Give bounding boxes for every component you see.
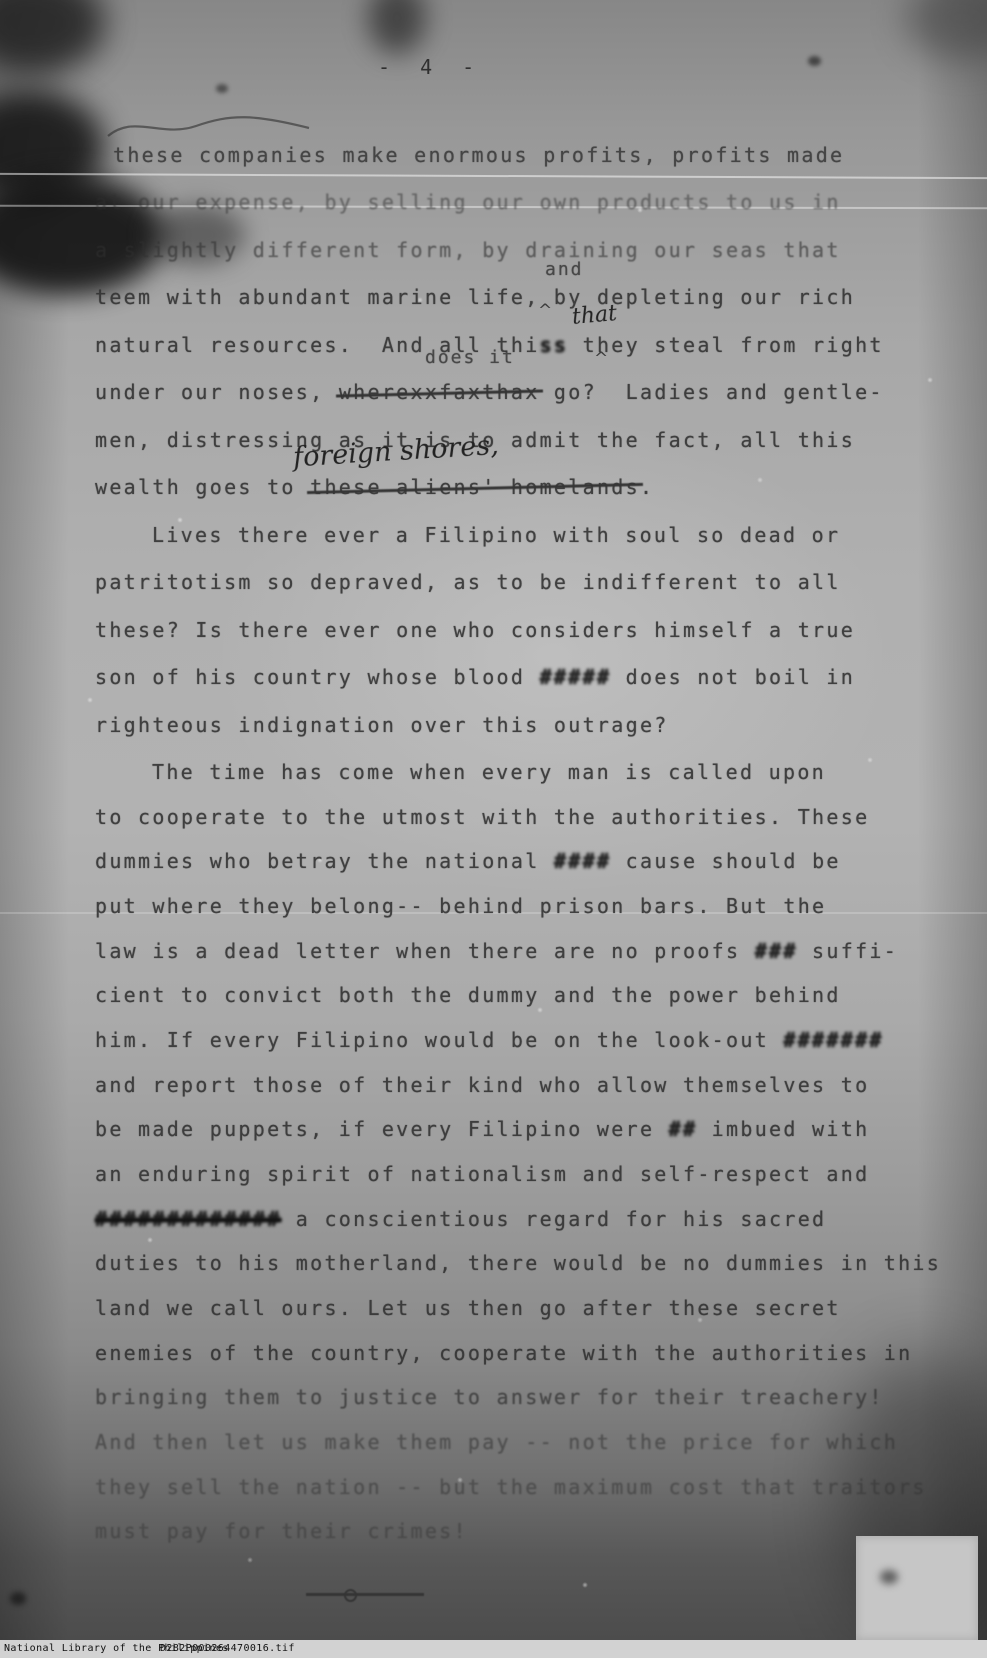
line-text: these companies make enormous profits, p… (113, 143, 844, 167)
line-text: enemies of the country, cooperate with t… (95, 1341, 912, 1365)
white-patch (856, 1536, 978, 1640)
text-line: at our expense, by selling our own produ… (95, 190, 841, 214)
footer-filename: D282P000264470016.tif (160, 1640, 295, 1658)
line-text: And then let us make them pay -- not the… (95, 1430, 898, 1454)
line-text: be made puppets, if every Filipino were (95, 1117, 669, 1141)
text-line: must pay for their crimes! (95, 1519, 468, 1543)
page-number: - 4 - (378, 55, 483, 79)
line-text: cient to convict both the dummy and the … (95, 983, 841, 1007)
text-line: under our noses, wherexxfaxthax go? Ladi… (95, 380, 884, 404)
text-line: righteous indignation over this outrage? (95, 713, 669, 737)
caret-mark: ^ (538, 301, 552, 321)
line-text: teem with abundant marine life, (95, 285, 540, 309)
line-text: go? Ladies and gentle- (540, 380, 884, 404)
typewriter-xout: #### (554, 849, 611, 873)
divider-line (306, 1593, 424, 1596)
line-text: a slightly different form, by draining o… (95, 238, 841, 262)
typewriter-xout: ##### (540, 665, 612, 689)
text-line: a slightly different form, by draining o… (95, 238, 841, 262)
document-page: - 4 - these companies make enormous prof… (0, 0, 987, 1658)
line-text: to cooperate to the utmost with the auth… (95, 805, 869, 829)
line-text: and report those of their kind who allow… (95, 1073, 869, 1097)
line-text: him. If every Filipino would be on the l… (95, 1028, 783, 1052)
text-line: teem with abundant marine life, by deple… (95, 285, 855, 309)
text-line: wealth goes to these aliens' homelands. (95, 475, 654, 499)
line-text: at our expense, by selling our own produ… (95, 190, 841, 214)
ink-blob (905, 0, 987, 60)
typewriter-xout: ss (540, 333, 569, 357)
text-line: him. If every Filipino would be on the l… (95, 1028, 884, 1052)
text-line: And then let us make them pay -- not the… (95, 1430, 898, 1454)
line-text: bringing them to justice to answer for t… (95, 1385, 884, 1409)
ink-blob (0, 0, 105, 75)
text-line: enemies of the country, cooperate with t… (95, 1341, 912, 1365)
line-text: The time has come when every man is call… (152, 760, 826, 784)
strikethrough-text: these aliens' homelands (310, 475, 640, 499)
ink-blob (368, 0, 426, 54)
line-text: must pay for their crimes! (95, 1519, 468, 1543)
line-text: imbued with (697, 1117, 869, 1141)
text-line: these? Is there ever one who considers h… (95, 618, 855, 642)
text-line: be made puppets, if every Filipino were … (95, 1117, 869, 1141)
footer-bar: National Library of the Philippines D282… (0, 1640, 987, 1658)
line-text: they sell the nation -- but the maximum … (95, 1475, 927, 1499)
text-line: Lives there ever a Filipino with soul so… (152, 523, 840, 547)
scanned-photo-background: - 4 - these companies make enormous prof… (0, 0, 987, 1640)
ink-blob (10, 1592, 26, 1605)
text-line: law is a dead letter when there are no p… (95, 939, 898, 963)
text-line: these companies make enormous profits, p… (113, 143, 844, 167)
divider-mark (306, 1591, 424, 1597)
handwritten-annotation: that (571, 301, 618, 330)
line-text: put where they belong-- behind prison ba… (95, 894, 826, 918)
patch-smudge (880, 1570, 898, 1584)
squiggle-mark (104, 110, 314, 144)
scribbled-out-text: ############# (95, 1207, 281, 1231)
scratch-line (0, 173, 987, 179)
text-line: The time has come when every man is call… (152, 760, 826, 784)
typewriter-xout: ### (755, 939, 798, 963)
text-line: dummies who betray the national #### cau… (95, 849, 841, 873)
line-text: son of his country whose blood (95, 665, 540, 689)
line-text: wealth goes to (95, 475, 310, 499)
line-text: Lives there ever a Filipino with soul so… (152, 523, 840, 547)
text-line: patritotism so depraved, as to be indiff… (95, 570, 841, 594)
line-text: patritotism so depraved, as to be indiff… (95, 570, 841, 594)
divider-circle (344, 1589, 357, 1602)
text-line: and report those of their kind who allow… (95, 1073, 869, 1097)
text-line: duties to his motherland, there would be… (95, 1251, 941, 1275)
line-text: duties to his motherland, there would be… (95, 1251, 941, 1275)
line-text: law is a dead letter when there are no p… (95, 939, 755, 963)
typewriter-xout: ## (669, 1117, 698, 1141)
typewriter-xout: ####### (783, 1028, 883, 1052)
typed-insertion: and (545, 259, 584, 280)
ink-blob (808, 56, 821, 66)
typed-insertion: does it (425, 347, 515, 368)
line-text: they steal from right (568, 333, 884, 357)
ink-blob (216, 84, 228, 93)
line-text: land we call ours. Let us then go after … (95, 1296, 841, 1320)
text-line: bringing them to justice to answer for t… (95, 1385, 884, 1409)
line-text: an enduring spirit of nationalism and se… (95, 1162, 869, 1186)
line-text: a conscientious regard for his sacred (281, 1207, 826, 1231)
strikethrough-text: wherexxfaxthax (339, 380, 540, 404)
line-text: righteous indignation over this outrage? (95, 713, 669, 737)
caret-mark: ^ (594, 349, 608, 369)
text-line: cient to convict both the dummy and the … (95, 983, 841, 1007)
text-line: to cooperate to the utmost with the auth… (95, 805, 869, 829)
text-line: land we call ours. Let us then go after … (95, 1296, 841, 1320)
line-text: dummies who betray the national (95, 849, 554, 873)
line-text: . (640, 475, 654, 499)
line-text: under our noses, (95, 380, 339, 404)
text-line: they sell the nation -- but the maximum … (95, 1475, 927, 1499)
text-line: an enduring spirit of nationalism and se… (95, 1162, 869, 1186)
line-text: cause should be (611, 849, 840, 873)
line-text: suffi- (798, 939, 898, 963)
text-line: put where they belong-- behind prison ba… (95, 894, 826, 918)
text-line: son of his country whose blood ##### doe… (95, 665, 855, 689)
line-text: does not boil in (611, 665, 855, 689)
text-line: ############# a conscientious regard for… (95, 1207, 826, 1231)
line-text: these? Is there ever one who considers h… (95, 618, 855, 642)
